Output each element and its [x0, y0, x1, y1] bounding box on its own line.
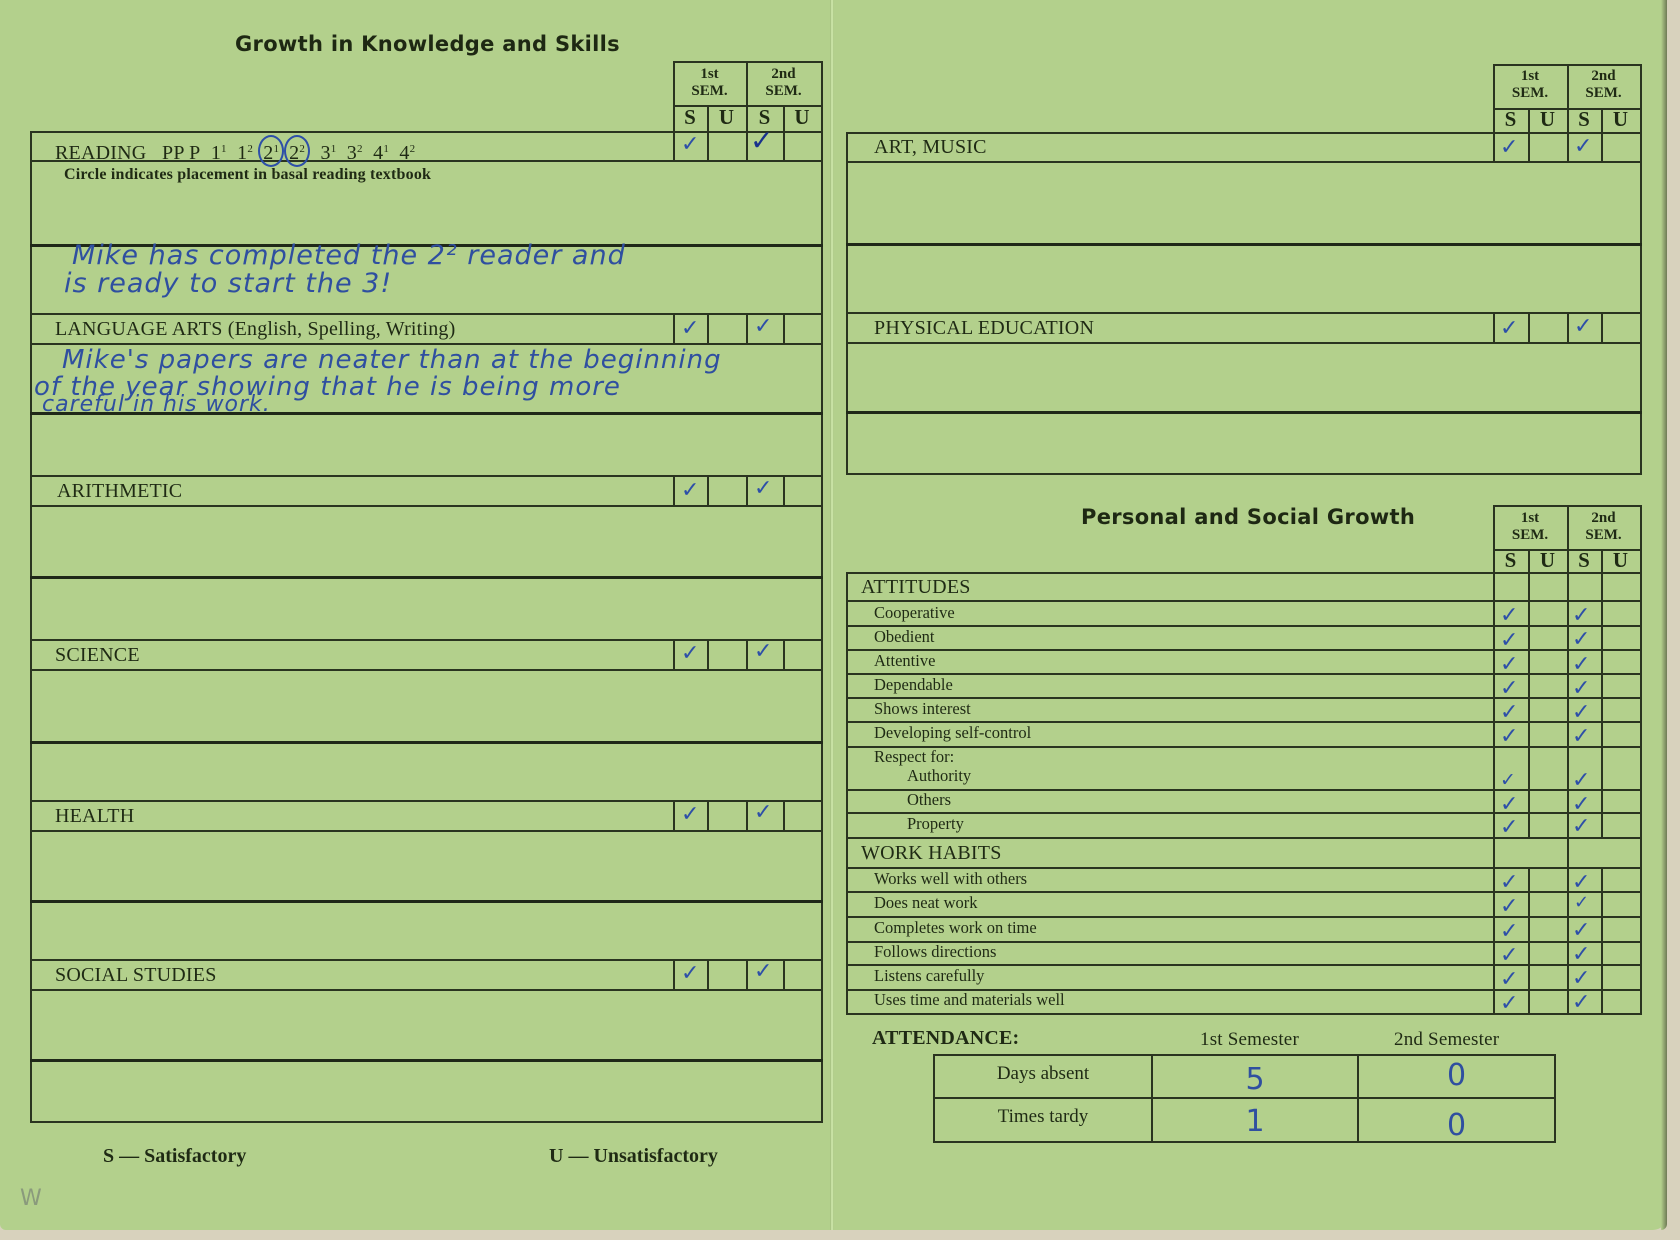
divider: [30, 669, 823, 671]
report-card-paper: Growth in Knowledge and Skills 1stSEM. 2…: [0, 0, 1667, 1230]
check-icon: ✓: [1500, 137, 1518, 159]
divider: [30, 505, 823, 507]
check-icon: ✓: [1500, 318, 1518, 340]
divider: [30, 1059, 823, 1062]
divider: [846, 746, 1642, 748]
check-icon: ✓: [1572, 992, 1590, 1014]
attitudes-heading: ATTITUDES: [861, 576, 971, 599]
col-u2: U: [1601, 548, 1640, 573]
col-u2: U: [1601, 107, 1640, 132]
reading-comment-line1: Mike has completed the 2² reader and: [72, 240, 626, 271]
divider: [30, 412, 823, 415]
divider: [846, 837, 1642, 839]
divider: [846, 673, 1642, 675]
check-icon: ✓: [1572, 944, 1590, 966]
divider: [846, 625, 1642, 627]
check-icon: ✓: [1572, 968, 1590, 990]
divider: [1640, 505, 1642, 1014]
sem2-header: 2ndSEM.: [746, 66, 821, 100]
table-border: [821, 131, 823, 1123]
divider: [30, 313, 823, 315]
divider: [707, 800, 709, 831]
check-icon: ✓: [681, 804, 699, 826]
divider: [30, 475, 823, 477]
check-icon: ✓: [754, 802, 772, 824]
col-s1: S: [1493, 548, 1528, 573]
habit-uses-time-materials: Uses time and materials well: [874, 990, 1065, 1010]
attendance-times-tardy-sem1: 1: [1153, 1104, 1357, 1139]
check-icon: ✓: [681, 963, 699, 985]
level-4-1: 41: [373, 142, 389, 164]
habit-works-well: Works well with others: [874, 869, 1027, 889]
level-4-2: 42: [399, 142, 415, 164]
reading-comment-line2: is ready to start the 3!: [64, 268, 392, 299]
divider: [846, 572, 1642, 574]
divider: [707, 475, 709, 506]
check-icon: ✓: [754, 961, 772, 983]
attendance-times-tardy-label: Times tardy: [935, 1106, 1151, 1128]
divider: [673, 313, 675, 344]
reading-label: READING: [55, 142, 146, 164]
divider: [783, 313, 785, 344]
divider: [673, 61, 823, 63]
divider: [746, 313, 748, 344]
level-pp: PP: [162, 142, 184, 164]
subject-language-arts: LANGUAGE ARTS (English, Spelling, Writin…: [55, 318, 455, 341]
check-icon: ✓: [754, 641, 772, 663]
divider: [846, 600, 1642, 602]
check-icon: ✓: [1572, 726, 1590, 748]
divider: [846, 473, 1642, 475]
divider: [1567, 312, 1569, 343]
divider: [1567, 505, 1569, 1014]
divider: [1493, 312, 1495, 343]
col-s2: S: [1567, 548, 1601, 573]
sem1-header: 1stSEM.: [1493, 68, 1567, 102]
check-icon: ✓: [681, 643, 699, 665]
divider: [746, 475, 748, 506]
level-1-1: 11: [211, 142, 227, 164]
divider: [673, 639, 675, 670]
attendance-col-1st: 1st Semester: [1200, 1029, 1299, 1051]
level-3-2: 32: [347, 142, 363, 164]
legend-satisfactory: S — Satisfactory: [103, 1145, 246, 1168]
check-icon: ✓: [1572, 605, 1590, 627]
divider: [1601, 549, 1603, 838]
divider: [30, 800, 823, 802]
divider: [707, 313, 709, 344]
check-icon: ✓: [681, 480, 699, 502]
legend-unsatisfactory: U — Unsatisfactory: [549, 1145, 718, 1168]
left-page-title: Growth in Knowledge and Skills: [235, 32, 620, 56]
attitude-self-control: Developing self-control: [874, 723, 1031, 743]
personal-growth-title: Personal and Social Growth: [1081, 505, 1415, 529]
divider: [673, 131, 675, 161]
divider: [846, 411, 1642, 414]
divider: [783, 959, 785, 990]
check-icon: ✓: [754, 478, 772, 500]
check-icon: ✓: [1574, 894, 1589, 912]
check-icon: ✓: [1500, 921, 1518, 943]
divider: [707, 959, 709, 990]
divider: [846, 1013, 1642, 1015]
habit-completes-on-time: Completes work on time: [874, 918, 1037, 938]
col-s2: S: [1567, 107, 1601, 132]
divider: [783, 639, 785, 670]
divider: [933, 1097, 1556, 1099]
divider: [846, 161, 1642, 163]
sem2-header: 2ndSEM.: [1567, 510, 1640, 544]
subject-social-studies: SOCIAL STUDIES: [55, 964, 217, 987]
subject-health: HEALTH: [55, 805, 134, 828]
divider: [846, 812, 1642, 814]
attitude-respect-others: Others: [907, 790, 951, 810]
divider: [1554, 1054, 1556, 1143]
level-3-1: 31: [320, 142, 336, 164]
reading-row: READING PP P 11 12 2122 31 32 41 42: [55, 135, 415, 167]
attitude-obedient: Obedient: [874, 627, 934, 647]
level-2-1-circled: 21: [258, 135, 284, 167]
attitude-dependable: Dependable: [874, 675, 953, 695]
work-habits-heading: WORK HABITS: [861, 842, 1002, 865]
attitude-respect-property: Property: [907, 814, 964, 834]
check-icon: ✓: [1500, 605, 1518, 627]
divider: [846, 243, 1642, 246]
divider: [1528, 312, 1530, 343]
attitude-shows-interest: Shows interest: [874, 699, 971, 719]
check-icon: ✓: [750, 127, 773, 155]
divider: [746, 800, 748, 831]
divider: [1493, 505, 1495, 1014]
divider: [673, 959, 675, 990]
divider: [673, 800, 675, 831]
corner-mark: W: [20, 1186, 42, 1211]
divider: [1528, 549, 1530, 838]
divider: [783, 800, 785, 831]
check-icon: ✓: [1500, 993, 1518, 1015]
check-icon: ✓: [1572, 816, 1590, 838]
check-icon: ✓: [1500, 817, 1518, 839]
divider: [783, 475, 785, 506]
habit-listens-carefully: Listens carefully: [874, 966, 984, 986]
divider: [30, 989, 823, 991]
divider: [30, 1121, 823, 1123]
divider: [707, 639, 709, 670]
attendance-days-absent-label: Days absent: [935, 1063, 1151, 1085]
table-border: [846, 132, 848, 475]
check-icon: ✓: [1574, 136, 1592, 158]
subject-art-music: ART, MUSIC: [874, 136, 987, 159]
table-border: [846, 572, 848, 1014]
level-1-2: 12: [237, 142, 253, 164]
attendance-days-absent-sem2: 0: [1359, 1058, 1554, 1093]
sem2-header: 2ndSEM.: [1567, 68, 1640, 102]
check-icon: ✓: [1500, 896, 1518, 918]
subject-arithmetic: ARITHMETIC: [57, 480, 182, 503]
check-icon: ✓: [1574, 316, 1592, 338]
divider: [846, 342, 1642, 344]
page-fold: [830, 0, 834, 1230]
divider: [673, 475, 675, 506]
attitude-attentive: Attentive: [874, 651, 935, 671]
divider: [30, 830, 823, 832]
check-icon: ✓: [1500, 969, 1518, 991]
check-icon: ✓: [1572, 629, 1590, 651]
attendance-times-tardy-sem2: 0: [1359, 1108, 1554, 1143]
col-u2: U: [783, 105, 821, 130]
attitude-respect-authority: Authority: [907, 766, 971, 786]
attendance-days-absent-sem1: 5: [1153, 1062, 1357, 1097]
col-u1: U: [1528, 548, 1567, 573]
divider: [30, 131, 823, 133]
subject-science: SCIENCE: [55, 644, 140, 667]
divider: [846, 789, 1642, 791]
habit-neat-work: Does neat work: [874, 893, 978, 913]
table-border: [1640, 132, 1642, 475]
check-icon: ✓: [1500, 726, 1518, 748]
check-icon: ✓: [681, 318, 699, 340]
level-p: P: [189, 142, 200, 164]
col-u1: U: [707, 105, 746, 130]
divider: [1601, 312, 1603, 343]
attendance-col-2nd: 2nd Semester: [1394, 1029, 1499, 1051]
divider: [1493, 132, 1495, 162]
check-icon: ✓: [1572, 920, 1590, 942]
attendance-label: ATTENDANCE:: [872, 1027, 1019, 1050]
col-s1: S: [1493, 107, 1528, 132]
table-border: [30, 131, 32, 1123]
divider: [30, 900, 823, 903]
reading-note: Circle indicates placement in basal read…: [64, 166, 431, 184]
attitude-cooperative: Cooperative: [874, 603, 955, 623]
subject-physical-education: PHYSICAL EDUCATION: [874, 317, 1094, 340]
habit-follows-directions: Follows directions: [874, 942, 996, 962]
divider: [846, 649, 1642, 651]
language-arts-comment-line1: Mike's papers are neater than at the beg…: [62, 345, 722, 375]
col-u1: U: [1528, 107, 1567, 132]
check-icon: ✓: [754, 316, 772, 338]
attitude-respect-for: Respect for:: [874, 747, 954, 767]
sem1-header: 1stSEM.: [673, 66, 746, 100]
divider: [846, 132, 1642, 134]
col-s1: S: [673, 105, 707, 130]
divider: [30, 639, 823, 641]
divider: [30, 576, 823, 579]
check-icon: ✓: [681, 134, 699, 156]
divider: [30, 959, 823, 961]
divider: [933, 1054, 1556, 1056]
divider: [746, 959, 748, 990]
divider: [30, 741, 823, 744]
sem1-header: 1stSEM.: [1493, 510, 1567, 544]
divider: [846, 312, 1642, 314]
check-icon: ✓: [1500, 771, 1516, 790]
level-2-2-circled: 22: [284, 135, 310, 167]
divider: [746, 639, 748, 670]
